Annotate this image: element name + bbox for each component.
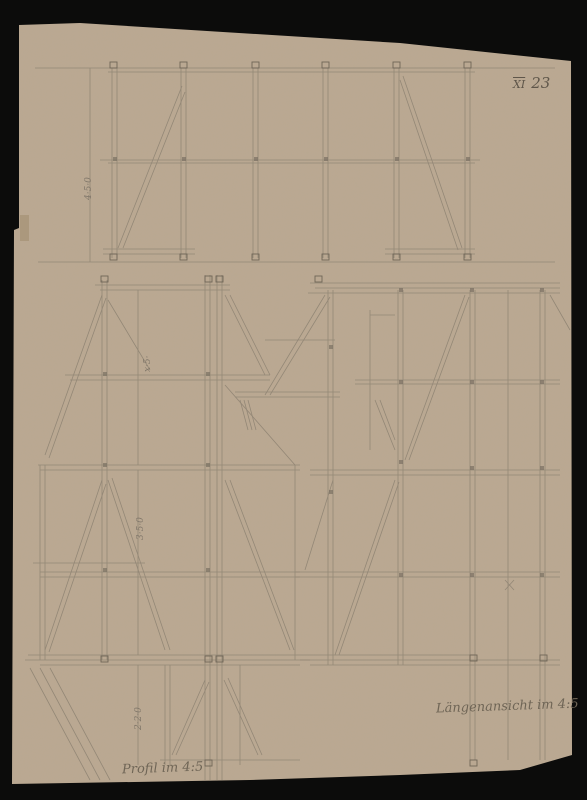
- dimension-label-middle: 3·5·0: [136, 517, 146, 540]
- drawing-svg: [0, 0, 587, 800]
- tape-strip: [20, 215, 29, 241]
- dimension-label-top: 4·5·0: [84, 177, 94, 200]
- paper: [12, 23, 572, 784]
- caption-profile: Profil im 4:5: [122, 760, 204, 778]
- dimension-label-left: x·5·: [143, 355, 153, 372]
- sheet-number-value: 23: [531, 74, 550, 92]
- sheet-number-roman: XI: [513, 78, 525, 91]
- drawing-sheet: XI23 Längenansicht im 4:5 Profil im 4:5 …: [0, 0, 587, 800]
- dimension-label-bottom: 2·2·0: [134, 707, 144, 730]
- sheet-number: XI23: [513, 74, 550, 92]
